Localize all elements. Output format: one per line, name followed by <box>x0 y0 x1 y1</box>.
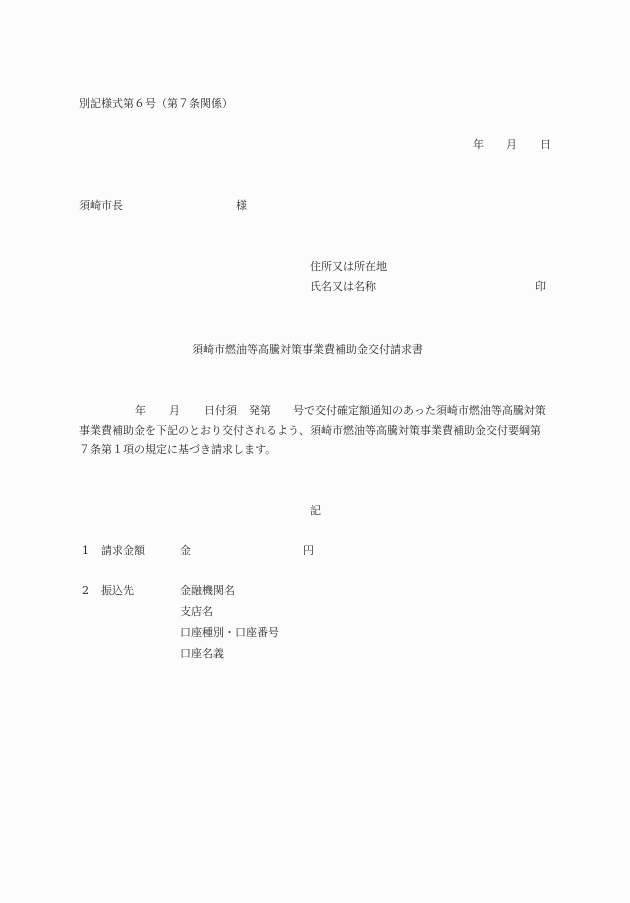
item-label: 振込先 <box>101 584 134 598</box>
date-month-label: 月 <box>506 138 517 152</box>
field-branch-name: 支店名 <box>180 605 213 619</box>
body-day-ref: 日付須 <box>204 404 237 418</box>
field-account-type-number: 口座種別・口座番号 <box>180 626 279 640</box>
item-number: 1 <box>82 544 89 558</box>
addressee-name: 須崎市長 <box>79 199 123 213</box>
field-bank-name: 金融機関名 <box>180 584 235 598</box>
applicant-name-label: 氏名又は名称 <box>310 280 376 294</box>
applicant-address-label: 住所又は所在地 <box>310 260 387 274</box>
amount-suffix: 円 <box>303 544 314 558</box>
body-year: 年 <box>135 404 146 418</box>
body-line1-rest: 号で交付確定額通知のあった須崎市燃油等高騰対策 <box>293 404 546 418</box>
date-year-label: 年 <box>473 138 484 152</box>
item-label: 請求金額 <box>101 544 145 558</box>
amount-prefix: 金 <box>180 544 191 558</box>
ki-heading: 記 <box>310 504 321 518</box>
addressee-honorific: 様 <box>236 199 247 213</box>
seal-mark: 印 <box>535 280 546 294</box>
document-title: 須崎市燃油等高騰対策事業費補助金交付請求書 <box>192 343 423 357</box>
body-month: 月 <box>169 404 180 418</box>
form-number: 別記様式第６号（第７条関係） <box>79 97 233 111</box>
body-line3: ７条第１項の規定に基づき請求します。 <box>79 443 276 457</box>
body-issue: 発第 <box>249 404 271 418</box>
field-account-holder: 口座名義 <box>180 647 224 661</box>
body-line2: 事業費補助金を下記のとおり交付されるよう、須崎市燃油等高騰対策事業費補助金交付要… <box>79 424 541 438</box>
item-number: 2 <box>82 584 89 598</box>
date-day-label: 日 <box>540 138 551 152</box>
